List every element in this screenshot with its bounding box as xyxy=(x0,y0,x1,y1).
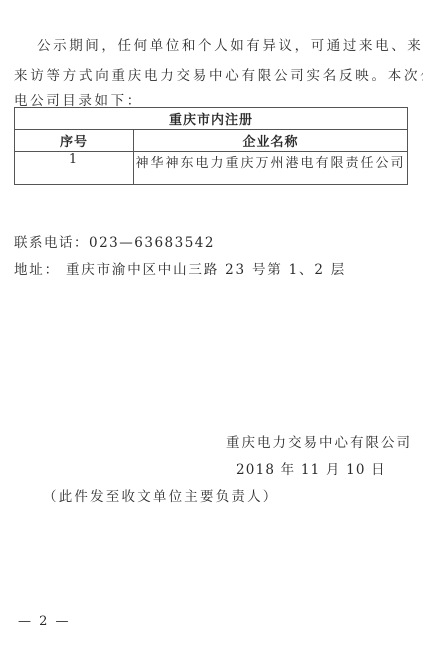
signature-organization: 重庆电力交易中心有限公司 xyxy=(226,431,412,451)
page-number: — 2 — xyxy=(18,614,71,629)
header-index: 序号 xyxy=(15,130,134,152)
table-title: 重庆市内注册 xyxy=(15,108,408,130)
header-company-name: 企业名称 xyxy=(134,130,408,152)
address: 地址： 重庆市渝中区中山三路 23 号第 1、2 层 xyxy=(14,258,346,278)
cell-index: 1 xyxy=(15,152,134,185)
paragraph-line-1: 公示期间，任何单位和个人如有异议，可通过来电、来信、 xyxy=(37,34,423,54)
signature-date: 2018 年 11 月 10 日 xyxy=(236,458,386,478)
table-header-row: 序号 企业名称 xyxy=(15,130,408,152)
paragraph-line-3: 电公司目录如下： xyxy=(14,89,143,109)
registration-table: 重庆市内注册 序号 企业名称 1 神华神东电力重庆万州港电有限责任公司 xyxy=(14,107,408,185)
table-row: 1 神华神东电力重庆万州港电有限责任公司 xyxy=(15,152,408,185)
contact-phone: 联系电话：023—63683542 xyxy=(14,231,215,251)
cell-company-name: 神华神东电力重庆万州港电有限责任公司 xyxy=(134,152,408,185)
distribution-note: （此件发至收文单位主要负责人） xyxy=(43,485,279,505)
paragraph-line-2: 来访等方式向重庆电力交易中心有限公司实名反映。本次公示售 xyxy=(14,64,423,84)
table-title-row: 重庆市内注册 xyxy=(15,108,408,130)
